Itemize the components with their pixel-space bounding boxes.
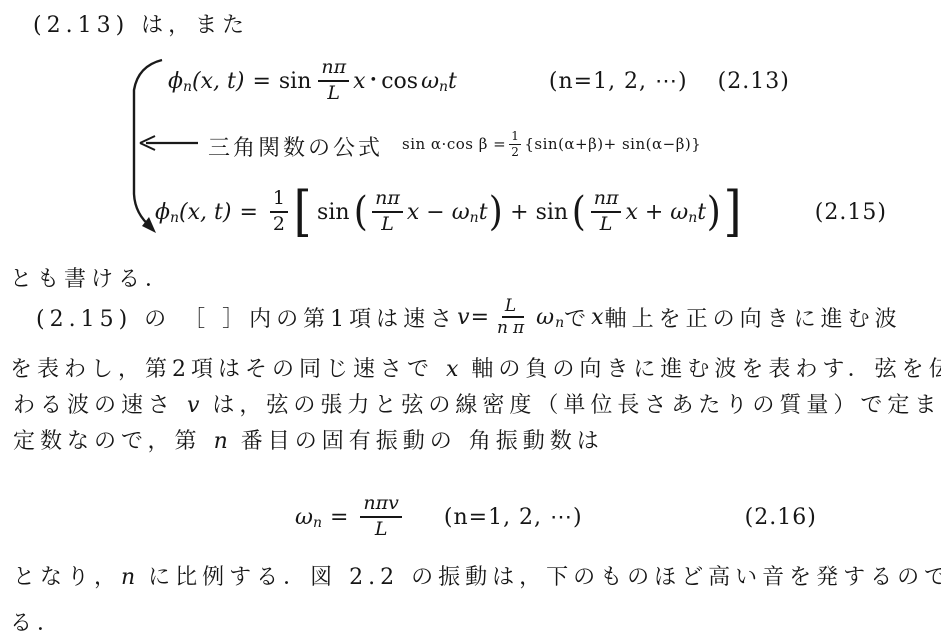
fraction-L-over-npi: Lnπ xyxy=(494,296,532,339)
trig-identity-label: 三角関数の公式 xyxy=(208,131,383,162)
fraction-numerator: nπv xyxy=(360,492,401,518)
fraction-npi-over-L: nπL xyxy=(318,56,349,106)
omega-symbol: ω xyxy=(295,505,313,530)
phi-symbol: ϕ xyxy=(168,69,183,94)
one-half-fraction: 12 xyxy=(270,187,288,237)
left-bracket: [ xyxy=(294,185,312,239)
fraction-denominator: nπ xyxy=(494,318,532,338)
text-run: (2.15) の ［ ］内の第1項は速さ xyxy=(36,302,457,333)
left-paren: ( xyxy=(353,192,367,232)
text-run: 定数なので，第 xyxy=(13,429,214,454)
equation-2-15: ϕn(x, t) = 12 [ sin ( nπL x − ωnt ) + si… xyxy=(155,183,887,241)
variable-x: x xyxy=(353,69,365,94)
function-args: (x, t) xyxy=(179,200,231,225)
trig-identity-formula: sin α·cos β = 12 {sin(α+β)+ sin(α−β)} xyxy=(402,128,701,160)
omega-subscript: n xyxy=(555,315,564,331)
fraction-numerator: nπ xyxy=(591,187,622,213)
textbook-page: (2.13) は，また ϕn(x, t) = sin nπL x • cos ω… xyxy=(0,0,941,639)
left-paren: ( xyxy=(572,192,586,232)
equation-2-13: ϕn(x, t) = sin nπL x • cos ωnt (n=1, 2, … xyxy=(168,58,790,104)
text-run: を表わし，第2項はその同じ速さで xyxy=(10,357,446,382)
paragraph-line-2: を表わし，第2項はその同じ速さで x 軸の負の向きに進む波を表わす．弦を伝 xyxy=(10,352,941,383)
equation-number: (2.15) xyxy=(815,200,887,225)
right-paren: ) xyxy=(707,192,721,232)
variable-x: x xyxy=(591,305,604,330)
omega-symbol: ω xyxy=(421,69,439,94)
equals-sign: = xyxy=(244,69,278,94)
fraction-denominator: L xyxy=(372,518,391,542)
fraction-numerator: 1 xyxy=(270,187,288,213)
text-run: は，弦の張力と弦の線密度（単位長さあたりの質量）で定まる xyxy=(200,393,941,418)
omega-subscript: n xyxy=(313,515,322,531)
paragraph-line-4: 定数なので，第 n 番目の固有振動の 角振動数は xyxy=(13,424,604,455)
paragraph-line-3: わる波の速さ v は，弦の張力と弦の線密度（単位長さあたりの質量）で定まる xyxy=(13,388,941,419)
sin-function: sin xyxy=(317,200,350,225)
fraction-numerator: 1 xyxy=(509,129,521,144)
intro-line: (2.13) は，また xyxy=(33,8,249,39)
function-args: (x, t) xyxy=(192,69,244,94)
plus-sign: + xyxy=(503,200,535,225)
phi-subscript: n xyxy=(183,79,192,95)
variable-t: t xyxy=(448,69,457,94)
text-run: に比例する．図 2.2 の振動は，下のものほど高い音を発するのであ xyxy=(136,565,941,590)
text-run: わる波の速さ xyxy=(13,393,187,418)
variable-v: v xyxy=(187,393,200,418)
closing-line-2: る． xyxy=(10,606,64,637)
fraction-numerator: nπ xyxy=(318,56,349,82)
condition-n-values: (n=1, 2, ⋯) xyxy=(444,505,583,530)
closing-line-1: となり，n に比例する．図 2.2 の振動は，下のものほど高い音を発するのであ xyxy=(13,560,941,591)
equation-2-16: ωn = nπvL (n=1, 2, ⋯) (2.16) xyxy=(295,492,817,542)
omega-symbol: ω xyxy=(536,305,555,330)
fraction-npiv-over-L: nπvL xyxy=(360,492,401,542)
equals-sign: = xyxy=(322,505,356,530)
right-paren: ) xyxy=(488,192,502,232)
sin-function: sin xyxy=(536,200,569,225)
variable-n: n xyxy=(214,429,229,454)
omega-subscript: n xyxy=(439,79,448,95)
fraction-denominator: 2 xyxy=(509,145,521,159)
variable-t: t xyxy=(697,200,706,225)
identity-lhs: sin α·cos β = xyxy=(402,135,506,153)
variable-v: v xyxy=(457,305,470,330)
text-run: 軸の負の向きに進む波を表わす．弦を伝 xyxy=(459,357,941,382)
variable-t: t xyxy=(479,200,488,225)
fraction-denominator: L xyxy=(597,213,616,237)
argument-expression: x + ω xyxy=(625,200,688,225)
fraction-npi-over-L: nπL xyxy=(591,187,622,237)
text-run: 番目の固有振動の 角振動数は xyxy=(229,429,604,454)
omega-subscript: n xyxy=(688,210,697,226)
fraction-denominator: L xyxy=(378,213,397,237)
omega-subscript: n xyxy=(470,210,479,226)
multiplication-dot: • xyxy=(366,73,382,88)
variable-n: n xyxy=(121,565,136,590)
text-run: となり， xyxy=(13,565,121,590)
right-bracket: ] xyxy=(723,185,741,239)
tomo-kakeru-line: とも書ける． xyxy=(10,262,172,293)
cos-function: cos xyxy=(381,69,418,94)
sin-function: sin xyxy=(279,69,312,94)
equals-sign: = xyxy=(231,200,265,225)
phi-symbol: ϕ xyxy=(155,200,170,225)
fraction-npi-over-L: nπL xyxy=(372,187,403,237)
argument-expression: x − ω xyxy=(407,200,470,225)
equals-sign: = xyxy=(471,305,490,330)
paragraph-line-1: (2.15) の ［ ］内の第1項は速さ v = Lnπ ωn で x 軸上を正… xyxy=(36,292,902,342)
equation-number: (2.16) xyxy=(745,505,817,530)
text-run: で xyxy=(564,302,591,333)
equation-number: (2.13) xyxy=(718,69,790,94)
fraction-denominator: 2 xyxy=(270,213,288,237)
fraction-denominator: L xyxy=(324,82,343,106)
fraction-numerator: nπ xyxy=(372,187,403,213)
phi-subscript: n xyxy=(170,210,179,226)
fraction-numerator: L xyxy=(502,296,524,318)
identity-rhs: {sin(α+β)+ sin(α−β)} xyxy=(524,135,701,153)
one-half-fraction: 12 xyxy=(509,129,521,159)
condition-n-values: (n=1, 2, ⋯) xyxy=(549,69,688,94)
variable-x: x xyxy=(446,357,459,382)
text-run: 軸上を正の向きに進む波 xyxy=(605,302,902,333)
